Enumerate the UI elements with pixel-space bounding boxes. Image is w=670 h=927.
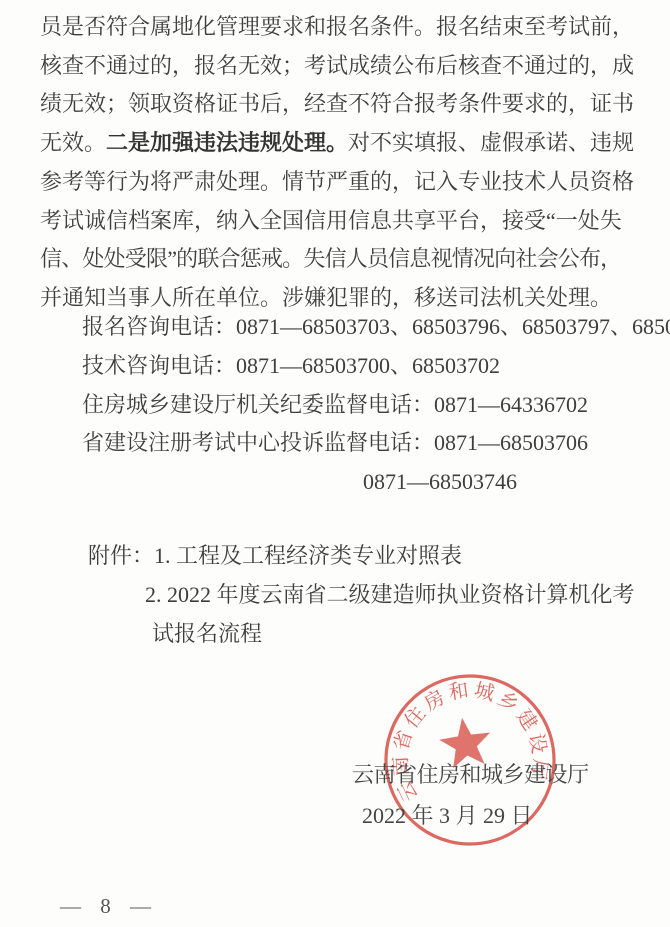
contact-line-registration-phone: 报名咨询电话：0871—68503703、68503796、68503797、6…	[82, 308, 670, 347]
contact-line-complaint-phone: 省建设注册考试中心投诉监督电话：0871—68503706	[82, 424, 670, 463]
contact-line-technical-phone: 技术咨询电话：0871—68503700、68503702	[82, 347, 670, 386]
attachment-item-2: 2. 2022 年度云南省二级建造师执业资格计算机化考	[145, 575, 635, 614]
document-page: 员是否符合属地化管理要求和报名条件。报名结束至考试前， 核查不通过的，报名无效；…	[0, 0, 670, 927]
signature-date: 2022 年 3 月 29 日	[362, 799, 533, 830]
page-number: — 8 —	[60, 894, 158, 919]
attachment-1-title: 1. 工程及工程经济类专业对照表	[154, 536, 462, 575]
body-line: 绩无效；领取资格证书后，经查不符合报考条件要求的，证书	[40, 85, 640, 124]
body-line: 考试诚信档案库，纳入全国信用信息共享平台，接受“一处失	[40, 202, 640, 241]
contact-line-discipline-phone: 住房城乡建设厅机关纪委监督电话：0871—64336702	[82, 386, 670, 425]
body-line: 信、处处受限”的联合惩戒。失信人员信息视情况向社会公布，	[40, 240, 640, 279]
attachments-label: 附件：	[88, 536, 154, 575]
attachment-item-2-continued: 试报名流程	[152, 614, 635, 653]
body-text: 对不实填报、虚假承诺、违规	[348, 130, 634, 155]
body-paragraph: 员是否符合属地化管理要求和报名条件。报名结束至考试前， 核查不通过的，报名无效；…	[40, 8, 640, 318]
signature-organization: 云南省住房和城乡建设厅	[352, 758, 589, 789]
body-line: 核查不通过的，报名无效；考试成绩公布后核查不通过的，成	[40, 47, 640, 86]
body-line-emphasis: 无效。二是加强违法违规处理。对不实填报、虚假承诺、违规	[40, 124, 640, 163]
body-line: 员是否符合属地化管理要求和报名条件。报名结束至考试前，	[40, 8, 640, 47]
body-line: 参考等行为将严肃处理。情节严重的，记入专业技术人员资格	[40, 163, 640, 202]
contact-phone-list: 报名咨询电话：0871—68503703、68503796、68503797、6…	[82, 308, 670, 502]
body-text-bold: 二是加强违法违规处理。	[106, 130, 348, 155]
attachment-item-1: 附件：1. 工程及工程经济类专业对照表	[88, 536, 635, 575]
body-text: 无效。	[40, 130, 106, 155]
contact-line-complaint-phone-2: 0871—68503746	[363, 463, 670, 502]
attachments-block: 附件：1. 工程及工程经济类专业对照表 2. 2022 年度云南省二级建造师执业…	[88, 536, 635, 653]
